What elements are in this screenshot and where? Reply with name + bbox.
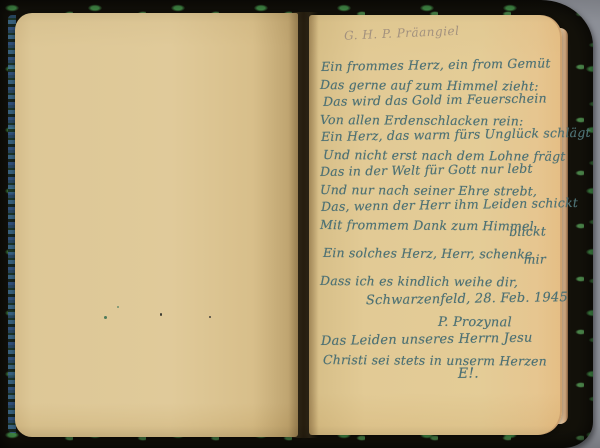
handwritten-line: E!. bbox=[320, 364, 562, 385]
handwritten-line: Ein frommes Herz, ein from Gemüt bbox=[320, 54, 562, 75]
left-page-blank bbox=[15, 13, 298, 437]
ink-speck bbox=[104, 316, 107, 319]
handwritten-line: Ein Herz, das warm fürs Unglück schlägt bbox=[320, 124, 562, 145]
handwritten-line: blickt bbox=[320, 222, 562, 243]
handwritten-line: Dass ich es kindlich weihe dir, bbox=[320, 272, 562, 291]
handwriting-lines: Ein frommes Herz, ein from GemütDas gern… bbox=[320, 58, 562, 386]
handwritten-line: Das in der Welt für Gott nur lebt bbox=[320, 159, 562, 180]
handwritten-line: Das, wenn der Herr ihm Leiden schickt bbox=[320, 194, 562, 215]
handwritten-line: Schwarzenfeld, 28. Feb. 1945 bbox=[320, 289, 562, 310]
notebook-scan-photo: G. H. P. Präangiel Ein frommes Herz, ein… bbox=[0, 0, 600, 448]
handwritten-line: mir bbox=[320, 250, 562, 271]
ink-speck bbox=[117, 306, 119, 308]
ink-speck bbox=[209, 316, 211, 318]
ink-speck bbox=[160, 313, 162, 316]
handwritten-line: Das Leiden unseres Herrn Jesu bbox=[320, 329, 562, 350]
handwritten-line: Das wird das Gold im Feuerschein bbox=[320, 89, 562, 110]
